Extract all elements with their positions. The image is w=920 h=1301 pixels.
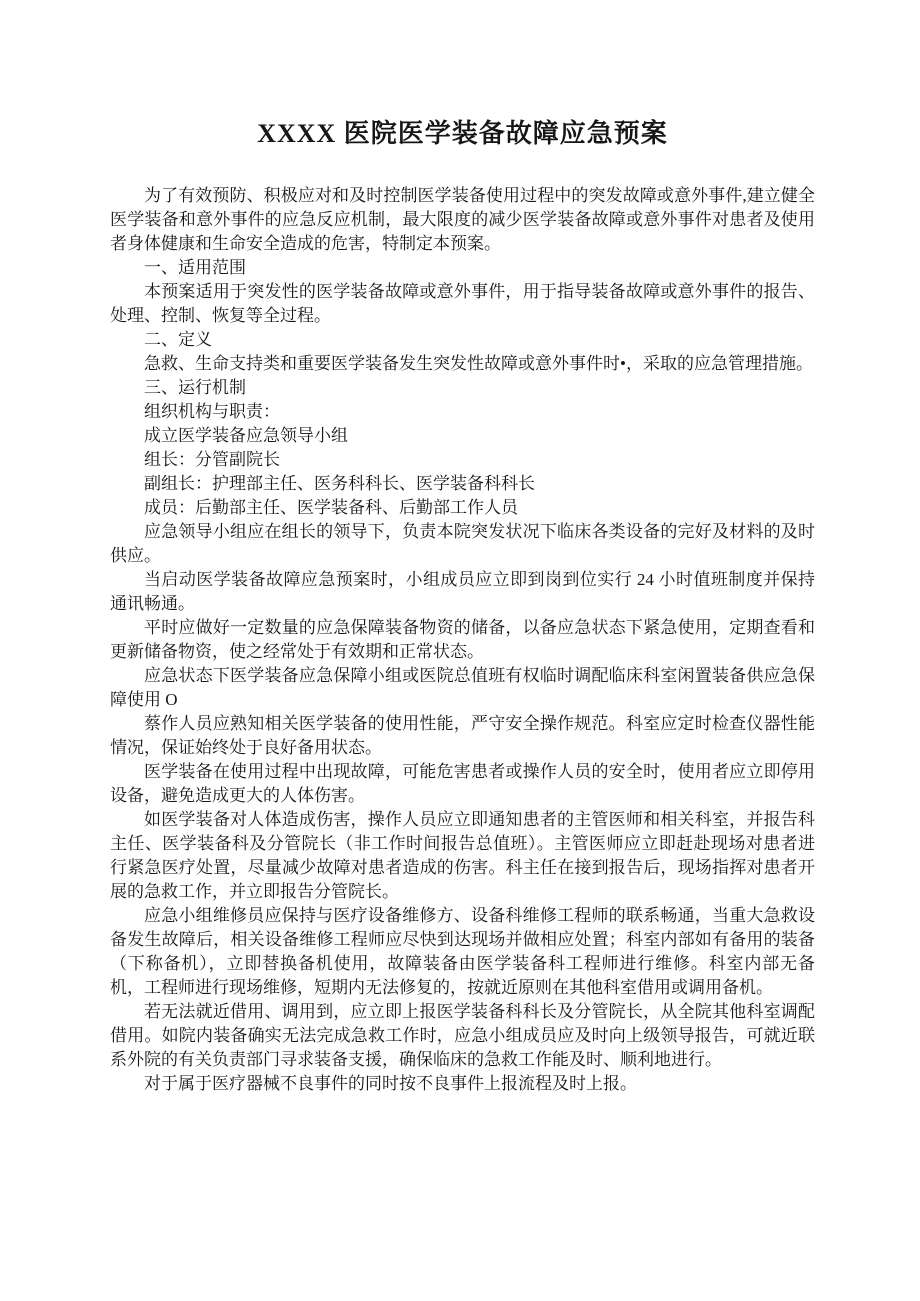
document-body: 为了有效预防、积极应对和及时控制医学装备使用过程中的突发故障或意外事件,建立健全… xyxy=(0,184,920,1096)
paragraph: 对于属于医疗器械不良事件的同时按不良事件上报流程及时上报。 xyxy=(110,1072,815,1096)
section-heading: 一、适用范围 xyxy=(110,256,815,280)
paragraph: 本预案适用于突发性的医学装备故障或意外事件，用于指导装备故障或意外事件的报告、处… xyxy=(110,280,815,328)
paragraph: 应急状态下医学装备应急保障小组或医院总值班有权临时调配临床科室闲置装备供应急保障… xyxy=(110,664,815,712)
document-title: XXXX 医院医学装备故障应急预案 xyxy=(0,0,920,150)
paragraph: 应急领导小组应在组长的领导下，负责本院突发状况下临床各类设备的完好及材料的及时供… xyxy=(110,520,815,568)
paragraph: 如医学装备对人体造成伤害，操作人员应立即通知患者的主管医师和相关科室，并报告科主… xyxy=(110,808,815,904)
paragraph: 当启动医学装备故障应急预案时，小组成员应立即到岗到位实行 24 小时值班制度并保… xyxy=(110,568,815,616)
paragraph: 蔡作人员应熟知相关医学装备的使用性能，严守安全操作规范。科室应定时检查仪器性能情… xyxy=(110,712,815,760)
paragraph: 平时应做好一定数量的应急保障装备物资的储备，以备应急状态下紧急使用，定期查看和更… xyxy=(110,616,815,664)
paragraph: 组长：分管副院长 xyxy=(110,448,815,472)
paragraph: 若无法就近借用、调用到，应立即上报医学装备科科长及分管院长，从全院其他科室调配借… xyxy=(110,1000,815,1072)
paragraph: 副组长：护理部主任、医务科科长、医学装备科科长 xyxy=(110,472,815,496)
paragraph: 为了有效预防、积极应对和及时控制医学装备使用过程中的突发故障或意外事件,建立健全… xyxy=(110,184,815,256)
paragraph: 应急小组维修员应保持与医疗设备维修方、设备科维修工程师的联系畅通，当重大急救设备… xyxy=(110,904,815,1000)
paragraph: 组织机构与职责： xyxy=(110,400,815,424)
paragraph: 成立医学装备应急领导小组 xyxy=(110,424,815,448)
section-heading: 三、运行机制 xyxy=(110,376,815,400)
paragraph: 成员：后勤部主任、医学装备科、后勤部工作人员 xyxy=(110,496,815,520)
document-page: XXXX 医院医学装备故障应急预案 为了有效预防、积极应对和及时控制医学装备使用… xyxy=(0,0,920,1301)
paragraph: 急救、生命支持类和重要医学装备发生突发性故障或意外事件时•，采取的应急管理措施。 xyxy=(110,352,815,376)
section-heading: 二、定义 xyxy=(110,328,815,352)
paragraph: 医学装备在使用过程中出现故障，可能危害患者或操作人员的安全时，使用者应立即停用设… xyxy=(110,760,815,808)
